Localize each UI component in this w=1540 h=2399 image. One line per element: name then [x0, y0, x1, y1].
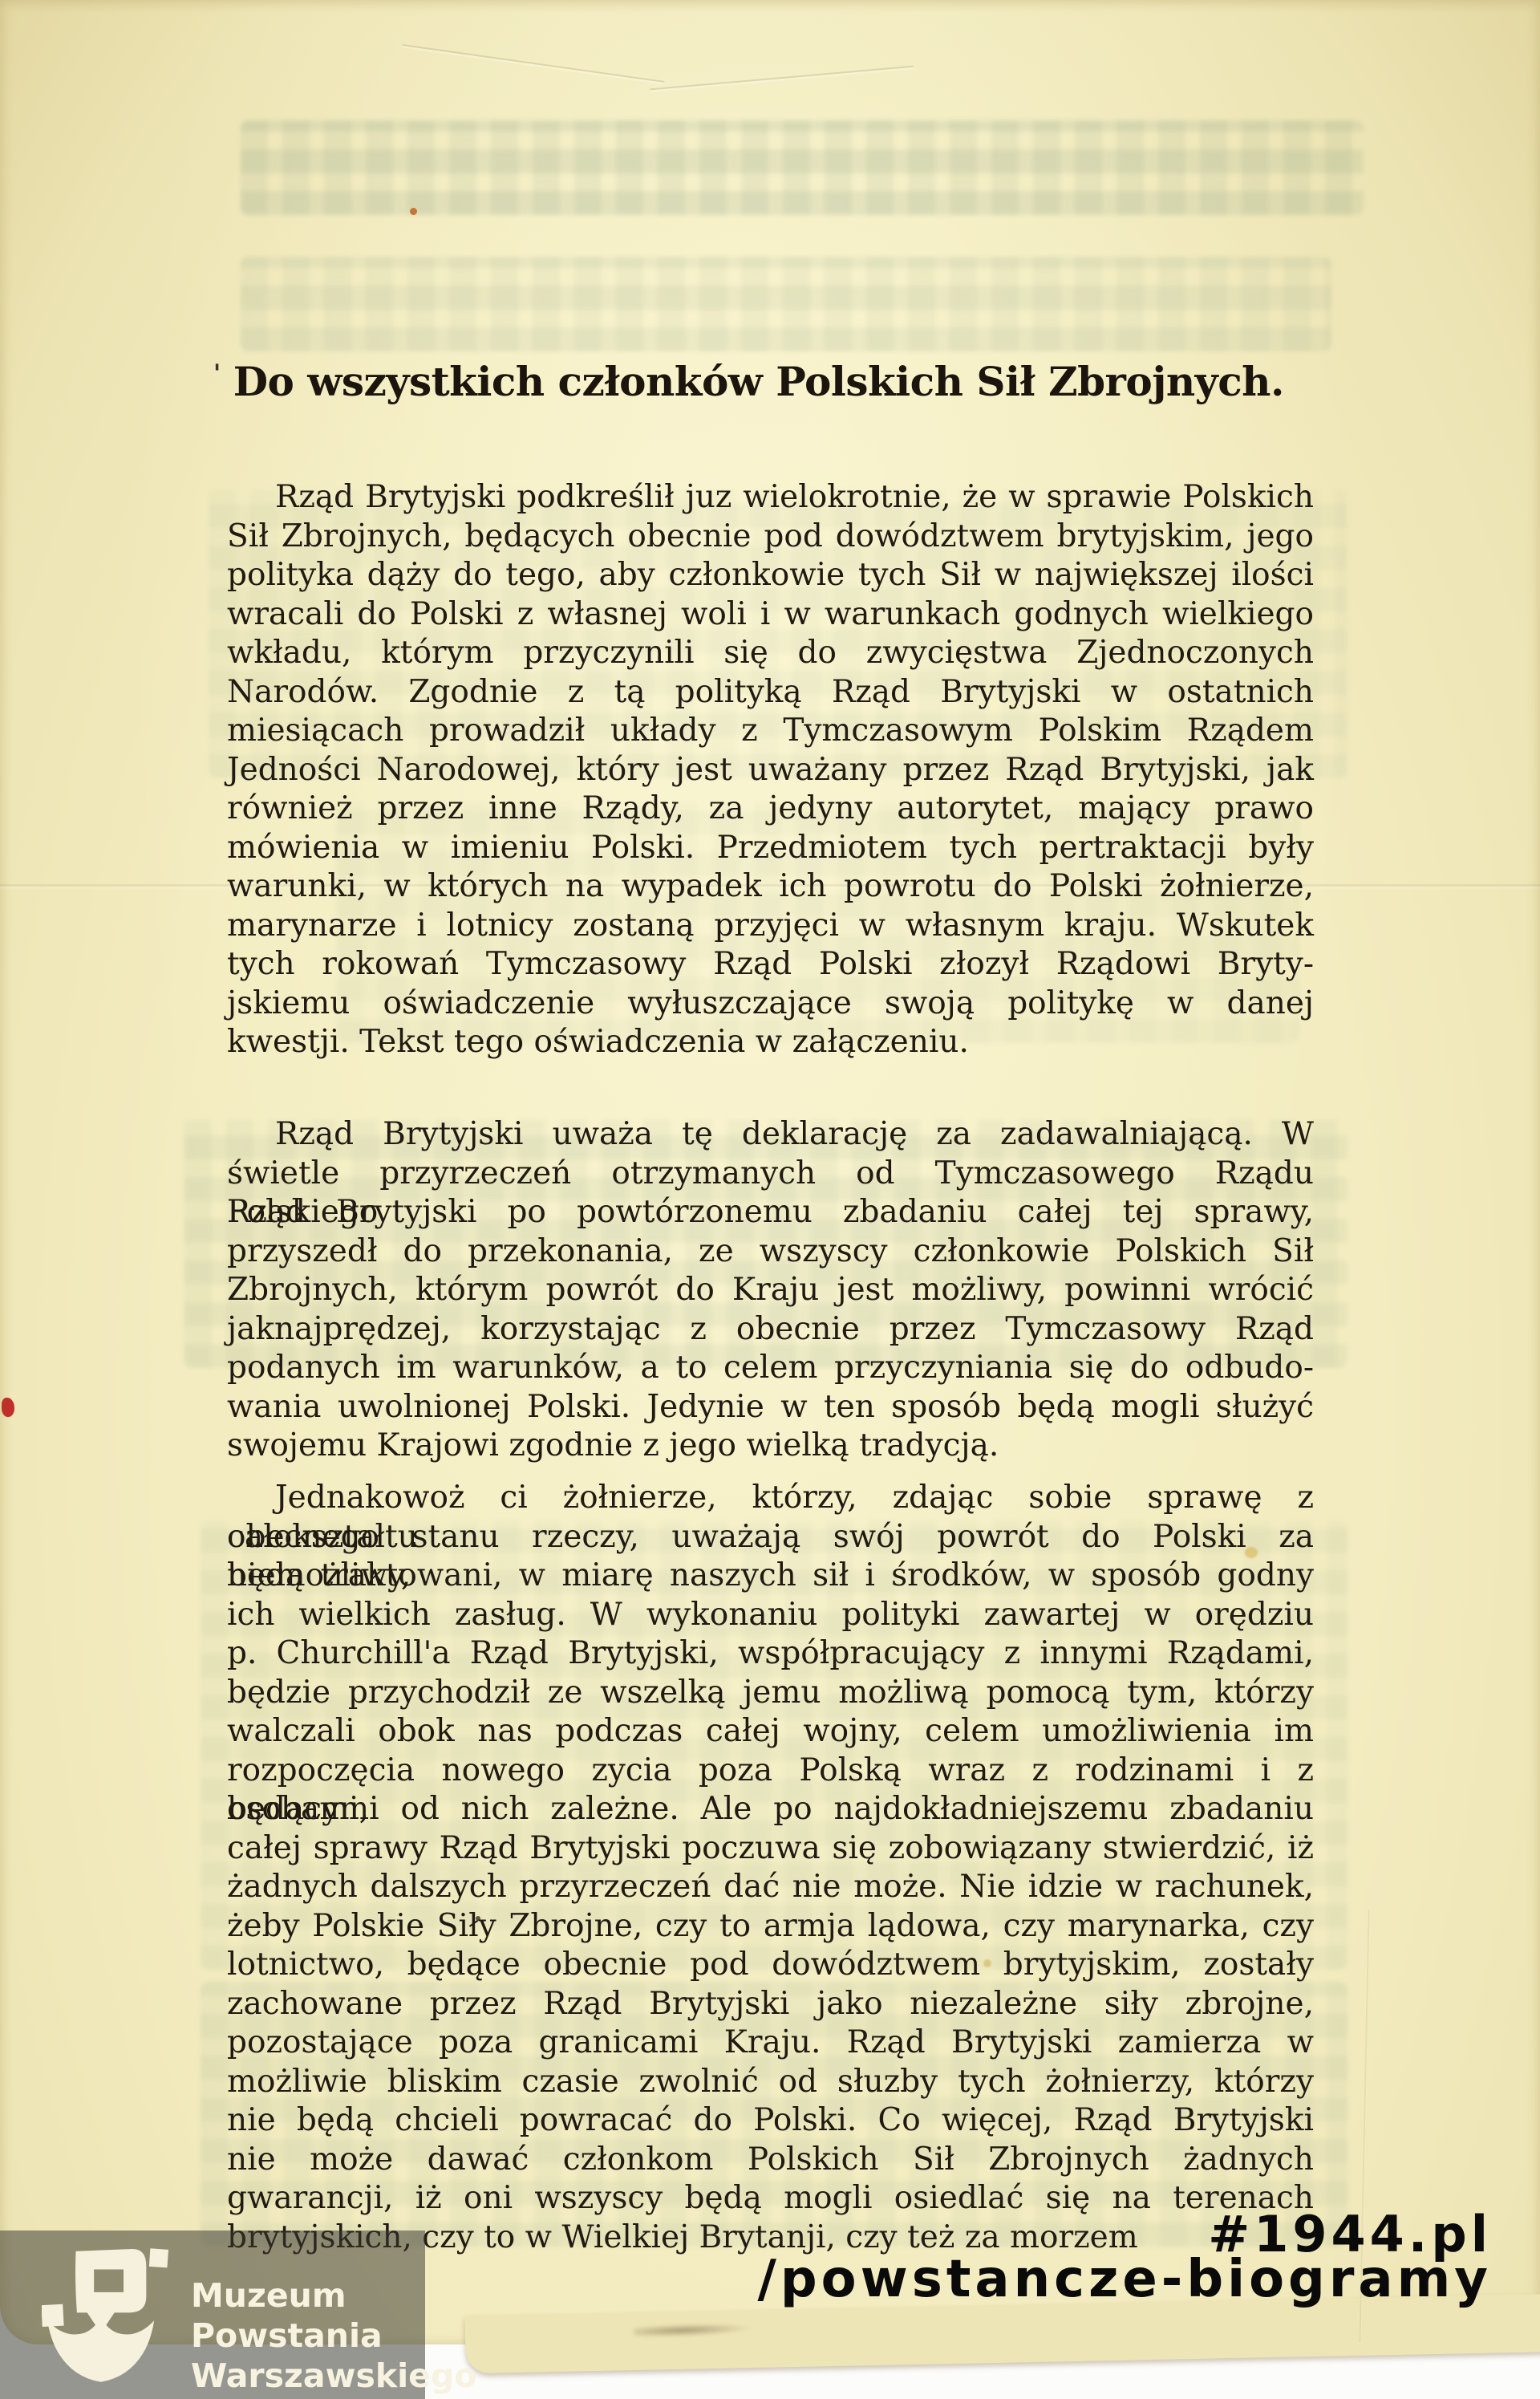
- text-line: świetle przyrzeczeń otrzymanych od Tymcz…: [227, 1155, 1314, 1194]
- text-line: nie będą chcieli powracać do Polski. Co …: [227, 2101, 1314, 2141]
- text-line: jskiemu oświadczenie wyłuszczające swoją…: [227, 984, 1314, 1024]
- museum-logo-text: Muzeum Powstania Warszawskiego: [191, 2275, 477, 2396]
- watermark-powstancze-biogramy: /powstancze-biogramy: [757, 2250, 1492, 2309]
- text-line: będą traktowani, w miarę naszych sił i ś…: [227, 1557, 1314, 1596]
- text-line: warunki, w których na wypadek ich powrot…: [227, 867, 1314, 907]
- text-line: gwarancji, iż oni wszyscy będą mogli osi…: [227, 2179, 1314, 2218]
- text-line: Rząd Brytyjski po powtórzonemu zbadaniu …: [227, 1193, 1314, 1232]
- kotwica-pw-icon: [42, 2247, 178, 2388]
- text-line: Zbrojnych, którym powrót do Kraju jest m…: [227, 1271, 1314, 1310]
- text-line: jaknajprędzej, korzystając z obecnie prz…: [227, 1310, 1314, 1350]
- text-line: będzie przychodził ze wszelką jemu możli…: [227, 1674, 1314, 1713]
- text-line: nie może dawać członkom Polskich Sił Zbr…: [227, 2141, 1314, 2180]
- text-line: pozostające poza granicami Kraju. Rząd B…: [227, 2024, 1314, 2063]
- text-line: całej sprawy Rząd Brytyjski poczuwa się …: [227, 1829, 1314, 1869]
- scanned-leaflet-page: { "doc": { "title_mark": "'", "title": "…: [0, 0, 1540, 2399]
- text-line: p. Churchill'a Rząd Brytyjski, współprac…: [227, 1634, 1314, 1674]
- document-title: 'Do wszystkich członków Polskich Sił Zbr…: [213, 358, 1336, 405]
- text-line: Rząd Brytyjski uważa tę deklarację za za…: [227, 1115, 1314, 1155]
- text-line: walczali obok nas podczas całej wojny, c…: [227, 1712, 1314, 1752]
- museum-logo-line: Warszawskiego: [191, 2356, 477, 2396]
- text-line: miesiącach prowadził układy z Tymczasowy…: [227, 712, 1314, 751]
- text-line: obecnego stanu rzeczy, uważają swój powr…: [227, 1518, 1314, 1557]
- text-line: polityka dąży do tego, aby członkowie ty…: [227, 556, 1314, 595]
- text-line: podanych im warunków, a to celem przyczy…: [227, 1349, 1314, 1388]
- handwritten-tick-mark: ': [213, 359, 221, 388]
- text-line: Narodów. Zgodnie z tą polityką Rząd Bryt…: [227, 673, 1314, 712]
- document-title-text: Do wszystkich członków Polskich Sił Zbro…: [233, 358, 1284, 405]
- text-line: wracali do Polski z własnej woli i w war…: [227, 595, 1314, 635]
- museum-logo-line: Powstania: [191, 2316, 477, 2356]
- text-line: mówienia w imieniu Polski. Przedmiotem t…: [227, 829, 1314, 868]
- text-line: swojemu Krajowi zgodnie z jego wielką tr…: [227, 1427, 1314, 1466]
- museum-logo-line: Muzeum: [191, 2275, 477, 2316]
- text-line: rozpoczęcia nowego zycia poza Polską wra…: [227, 1752, 1314, 1791]
- text-line: Rząd Brytyjski podkreślił juz wielokrotn…: [227, 478, 1314, 518]
- text-line: lotnictwo, będące obecnie pod dowództwem…: [227, 1946, 1314, 1985]
- paragraph-1: Rząd Brytyjski podkreślił juz wielokrotn…: [227, 478, 1314, 1062]
- paragraph-2: Rząd Brytyjski uważa tę deklarację za za…: [227, 1115, 1314, 1466]
- text-line: możliwie bliskim czasie zwolnić od słuzb…: [227, 2063, 1314, 2102]
- text-line: zachowane przez Rząd Brytyjski jako niez…: [227, 1985, 1314, 2024]
- text-line: Jednakowoż ci żołnierze, którzy, zdając …: [227, 1479, 1314, 1518]
- text-line: wkładu, którym przyczynili się do zwycię…: [227, 634, 1314, 673]
- text-line: żeby Polskie Siły Zbrojne, czy to armja …: [227, 1907, 1314, 1946]
- text-line: Jedności Narodowej, który jest uważany p…: [227, 751, 1314, 790]
- paragraph-3: Jednakowoż ci żołnierze, którzy, zdając …: [227, 1479, 1314, 2257]
- text-line: tych rokowań Tymczasowy Rząd Polski złoz…: [227, 945, 1314, 984]
- bleed-through-smudge: [241, 257, 1331, 351]
- red-ink-speck: [2, 1398, 14, 1417]
- text-line: również przez inne Rządy, za jedyny auto…: [227, 790, 1314, 829]
- stain-speck: [410, 208, 417, 215]
- text-line: żadnych dalszych przyrzeczeń dać nie moż…: [227, 1868, 1314, 1907]
- text-line: będącymi od nich zależne. Ale po najdokł…: [227, 1790, 1314, 1829]
- text-line: wania uwolnionej Polski. Jedynie w ten s…: [227, 1388, 1314, 1427]
- text-line: ich wielkich zasług. W wykonaniu polityk…: [227, 1596, 1314, 1635]
- text-line: przyszedł do przekonania, ze wszyscy czł…: [227, 1232, 1314, 1272]
- bleed-through-smudge: [241, 120, 1364, 215]
- text-line: marynarze i lotnicy zostaną przyjęci w w…: [227, 907, 1314, 946]
- text-line: kwestji. Tekst tego oświadczenia w załąc…: [227, 1023, 1314, 1062]
- text-line: Sił Zbrojnych, będących obecnie pod dowó…: [227, 518, 1314, 557]
